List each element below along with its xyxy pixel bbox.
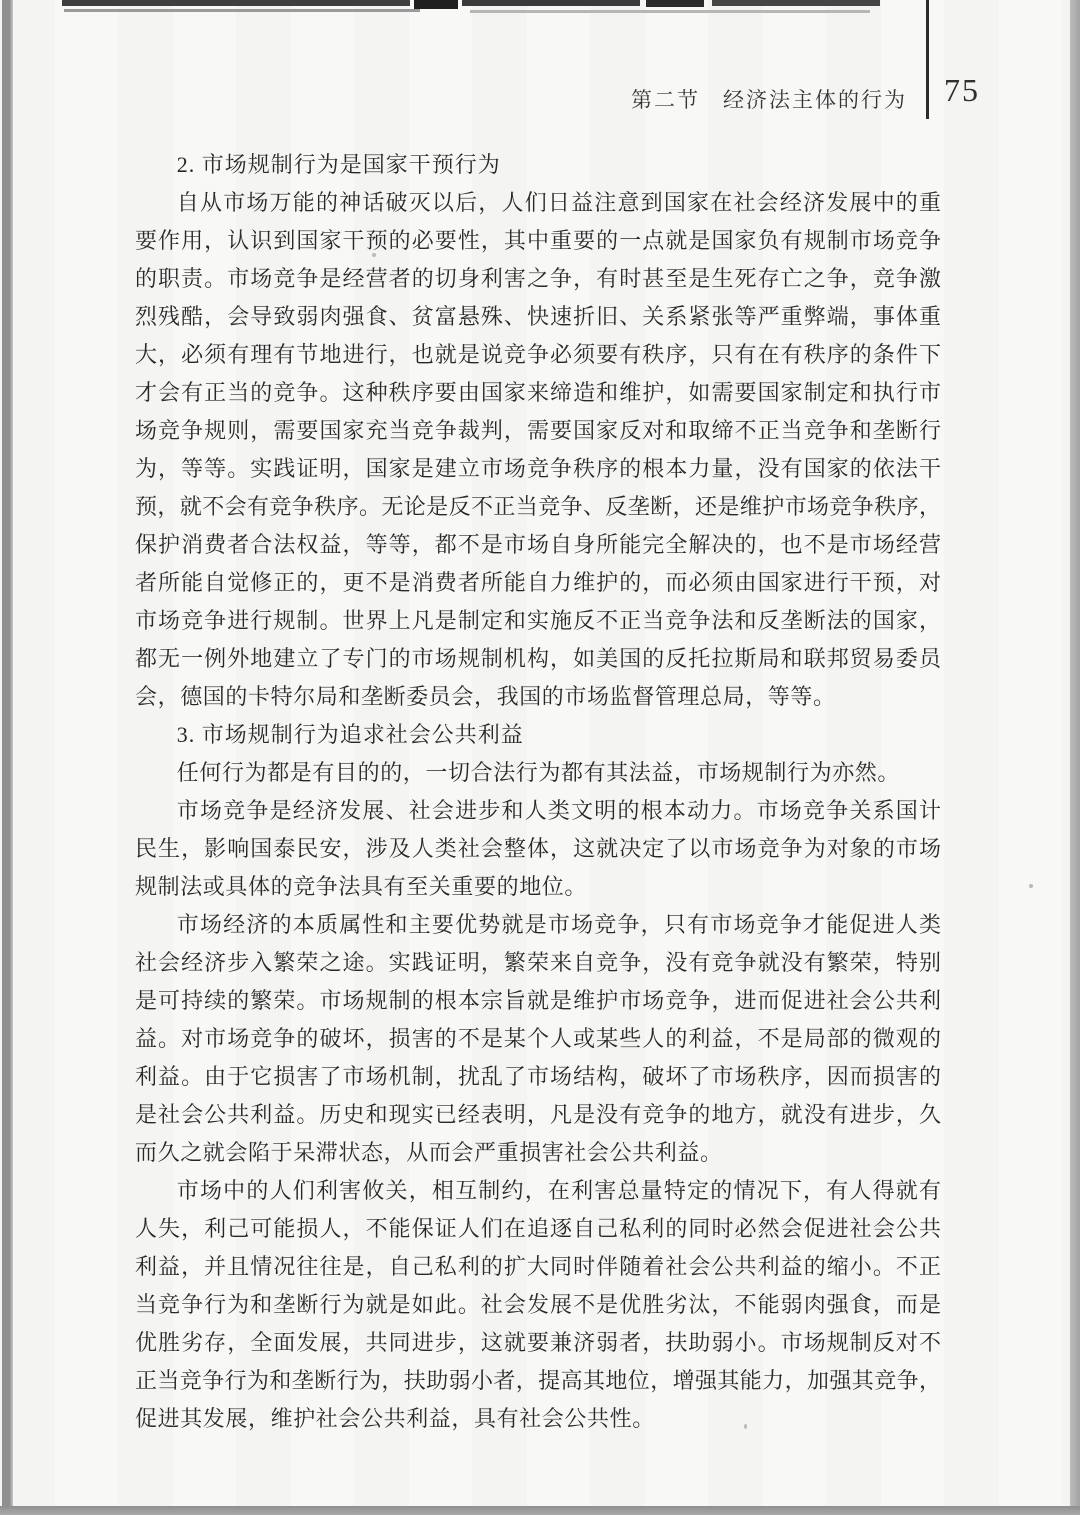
scan-artifact-top bbox=[62, 0, 410, 6]
text-line: 自从市场万能的神话破灭以后，人们日益注意到国家在社会经济发展中的重 bbox=[135, 184, 941, 222]
scan-artifact-top bbox=[470, 10, 870, 13]
text-line: 为，等等。实践证明，国家是建立市场竞争秩序的根本力量，没有国家的依法干 bbox=[135, 450, 941, 488]
scanned-book-page: 第二节 经济法主体的行为 75 2. 市场规制行为是国家干预行为自从市场万能的神… bbox=[0, 0, 1080, 1515]
text-line: 正当竞争行为和垄断行为，扶助弱小者，提高其地位，增强其能力，加强其竞争， bbox=[135, 1362, 941, 1400]
text-line: 当竞争行为和垄断行为就是如此。社会发展不是优胜劣汰，不能弱肉强食，而是 bbox=[135, 1286, 941, 1324]
text-line: 规制法或具体的竞争法具有至关重要的地位。 bbox=[135, 868, 941, 906]
text-line: 都无一例外地建立了专门的市场规制机构，如美国的反托拉斯局和联邦贸易委员 bbox=[135, 640, 941, 678]
scan-artifact-top bbox=[414, 0, 458, 9]
text-line: 利益，并且情况往往是，自己私利的扩大同时伴随着社会公共利益的缩小。不正 bbox=[135, 1248, 941, 1286]
text-line: 是社会公共利益。历史和现实已经表明，凡是没有竞争的地方，就没有进步，久 bbox=[135, 1096, 941, 1134]
text-line: 者所能自觉修正的，更不是消费者所能自力维护的，而必须由国家进行干预，对 bbox=[135, 564, 941, 602]
text-line: 市场竞争进行规制。世界上凡是制定和实施反不正当竞争法和反垄断法的国家， bbox=[135, 602, 941, 640]
text-line: 而久之就会陷于呆滞状态，从而会严重损害社会公共利益。 bbox=[135, 1134, 941, 1172]
page-number: 75 bbox=[944, 72, 1004, 109]
text-line: 市场竞争是经济发展、社会进步和人类文明的根本动力。市场竞争关系国计 bbox=[135, 792, 941, 830]
text-line: 烈残酷，会导致弱肉强食、贫富悬殊、快速折旧、关系紧张等严重弊端，事体重 bbox=[135, 298, 941, 336]
scan-edge-right bbox=[1070, 0, 1080, 1515]
text-line: 社会经济步入繁荣之途。实践证明，繁荣来自竞争，没有竞争就没有繁荣，特别 bbox=[135, 944, 941, 982]
text-line: 保护消费者合法权益，等等，都不是市场自身所能完全解决的，也不是市场经营 bbox=[135, 526, 941, 564]
text-line: 民生，影响国泰民安，涉及人类社会整体，这就决定了以市场竞争为对象的市场 bbox=[135, 830, 941, 868]
scan-artifact-top bbox=[646, 0, 704, 7]
scan-artifact-top bbox=[462, 0, 640, 6]
text-block: 2. 市场规制行为是国家干预行为自从市场万能的神话破灭以后，人们日益注意到国家在… bbox=[135, 146, 941, 1438]
text-line: 优胜劣存，全面发展，共同进步，这就要兼济弱者，扶助弱小。市场规制反对不 bbox=[135, 1324, 941, 1362]
scan-edge-bottom bbox=[0, 1506, 1080, 1515]
text-line: 大，必须有理有节地进行，也就是说竞争必须要有秩序，只有在有秩序的条件下 bbox=[135, 336, 941, 374]
text-line: 任何行为都是有目的的，一切合法行为都有其法益，市场规制行为亦然。 bbox=[135, 754, 941, 792]
section-heading: 3. 市场规制行为追求社会公共利益 bbox=[135, 716, 941, 754]
text-line: 要作用，认识到国家干预的必要性，其中重要的一点就是国家负有规制市场竞争 bbox=[135, 222, 941, 260]
scan-artifact-top bbox=[712, 0, 880, 6]
text-line: 预，就不会有竞争秩序。无论是反不正当竞争、反垄断，还是维护市场竞争秩序， bbox=[135, 488, 941, 526]
header-divider-rule bbox=[926, 0, 929, 119]
text-line: 是可持续的繁荣。市场规制的根本宗旨就是维护市场竞争，进而促进社会公共利 bbox=[135, 982, 941, 1020]
text-line: 市场经济的本质属性和主要优势就是市场竞争，只有市场竞争才能促进人类 bbox=[135, 906, 941, 944]
text-line: 场竞争规则，需要国家充当竞争裁判，需要国家反对和取缔不正当竞争和垄断行 bbox=[135, 412, 941, 450]
text-line: 人失，利己可能损人，不能保证人们在追逐自己私利的同时必然会促进社会公共 bbox=[135, 1210, 941, 1248]
text-line: 才会有正当的竞争。这种秩序要由国家来缔造和维护，如需要国家制定和执行市 bbox=[135, 374, 941, 412]
scan-speck bbox=[372, 253, 376, 257]
scan-artifact-top bbox=[64, 9, 420, 12]
text-line: 会，德国的卡特尔局和垄断委员会，我国的市场监督管理总局，等等。 bbox=[135, 678, 941, 716]
text-line: 促进其发展，维护社会公共利益，具有社会公共性。 bbox=[135, 1400, 941, 1438]
text-line: 利益。由于它损害了市场机制，扰乱了市场结构，破坏了市场秩序，因而损害的 bbox=[135, 1058, 941, 1096]
scan-speck bbox=[744, 1424, 747, 1429]
running-header-title: 第二节 经济法主体的行为 bbox=[560, 84, 907, 114]
section-heading: 2. 市场规制行为是国家干预行为 bbox=[135, 146, 941, 184]
text-line: 益。对市场竞争的破坏，损害的不是某个人或某些人的利益，不是局部的微观的 bbox=[135, 1020, 941, 1058]
text-line: 市场中的人们利害攸关，相互制约，在利害总量特定的情况下，有人得就有 bbox=[135, 1172, 941, 1210]
text-line: 的职责。市场竞争是经营者的切身利害之争，有时甚至是生死存亡之争，竞争激 bbox=[135, 260, 941, 298]
scan-edge-left bbox=[2, 0, 13, 1515]
scan-speck bbox=[1029, 884, 1033, 888]
